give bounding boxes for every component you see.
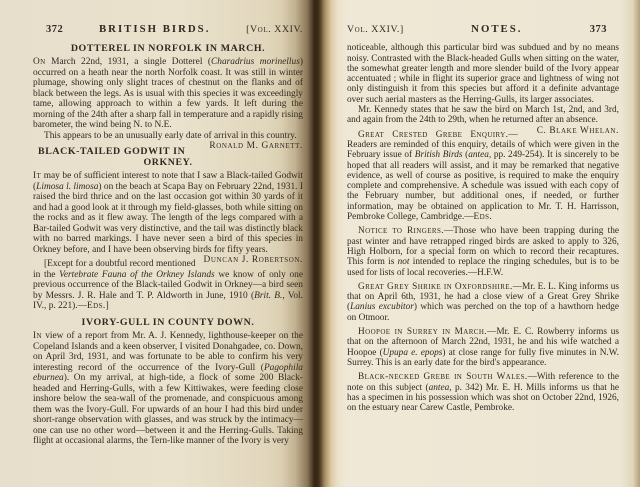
- text-segment: Upupa e. epops: [383, 348, 443, 358]
- article-heading: DOTTEREL IN NORFOLK IN MARCH.: [33, 44, 303, 55]
- text-segment: Lanius excubitor: [350, 302, 414, 312]
- paragraph: Great Grey Shrike in Oxfordshire.—Mr. E.…: [347, 282, 619, 323]
- text-segment: Vertebrate Fauna of the Orkney Islands: [59, 270, 215, 280]
- text-segment: antea: [468, 150, 489, 160]
- right-running-header: Vol. XXIV.] NOTES. 373: [347, 24, 619, 35]
- text-segment: Eds.: [87, 301, 106, 311]
- text-segment: This appears to be an unusually early da…: [44, 131, 297, 141]
- author-signature: C. Blake Whelan.: [518, 126, 619, 136]
- text-segment: ). On my arrival, at high-tide, a flock …: [33, 373, 303, 446]
- paragraph: Great Crested Grebe Enquiry.—Readers are…: [347, 130, 619, 223]
- book-spread: 372 BRITISH BIRDS. [Vol. XXIV. DOTTEREL …: [0, 0, 640, 487]
- right-page-notes: noticeable, although this particular bir…: [347, 43, 619, 413]
- text-segment: antea: [429, 383, 450, 393]
- paragraph: It may be of sufficient interest to note…: [33, 171, 303, 255]
- paragraph: Mr. Kennedy states that he saw the bird …: [347, 105, 619, 126]
- text-segment: On: [33, 57, 46, 67]
- text-segment: ]: [106, 301, 109, 311]
- paragraph: On March 22nd, 1931, a single Dotterel (…: [33, 57, 303, 131]
- text-segment: ) occurred on a heath near the north Nor…: [33, 57, 303, 130]
- text-segment: Great Crested Grebe Enquiry.: [358, 130, 508, 140]
- text-segment: British Birds: [415, 150, 463, 160]
- right-page-number: 373: [590, 25, 607, 35]
- paragraph: Black-necked Grebe in South Wales.—With …: [347, 372, 619, 413]
- text-segment: Mr. Kennedy states that he saw the bird …: [347, 105, 619, 125]
- text-segment: Brit. B.: [254, 291, 282, 301]
- text-segment: March 22nd, 1931, a single Dotterel (: [46, 57, 211, 67]
- text-segment: Great Grey Shrike in Oxfordshire.: [358, 282, 513, 292]
- author-signature: Duncan J. Robertson.: [196, 255, 303, 266]
- paragraph: noticeable, although this particular bir…: [347, 43, 619, 105]
- text-segment: not: [398, 257, 410, 267]
- text-segment: view of a report from Mr. A. J. Kennedy,…: [33, 331, 303, 373]
- text-segment: Notice to Ringers.: [358, 226, 444, 236]
- left-volume-mark: [Vol. XXIV.: [246, 25, 303, 36]
- left-page-articles: DOTTEREL IN NORFOLK IN MARCH.On March 22…: [33, 44, 303, 447]
- paragraph: This appears to be an unusually early da…: [33, 131, 303, 142]
- right-page-column: Vol. XXIV.] NOTES. 373 noticeable, altho…: [347, 24, 619, 413]
- author-signature: Ronald M. Garnett.: [190, 141, 303, 152]
- paragraph: In view of a report from Mr. A. J. Kenne…: [33, 331, 303, 447]
- right-running-title: NOTES.: [471, 24, 522, 34]
- text-segment: In: [33, 331, 42, 341]
- paragraph: [Except for a doubtful record mentioned …: [33, 259, 303, 312]
- left-page-number: 372: [46, 25, 63, 36]
- text-segment: Charadrius morinellus: [211, 57, 300, 67]
- left-running-title: BRITISH BIRDS.: [99, 24, 210, 35]
- right-volume-mark: Vol. XXIV.]: [347, 25, 404, 35]
- text-segment: noticeable, although this particular bir…: [347, 43, 619, 104]
- left-page-column: 372 BRITISH BIRDS. [Vol. XXIV. DOTTEREL …: [33, 24, 303, 447]
- text-segment: It: [33, 171, 41, 181]
- text-segment: Hoopoe in Surrey in March.: [358, 327, 487, 337]
- text-segment: Limosa l. limosa: [36, 182, 98, 192]
- paragraph: Notice to Ringers.—Those who have been t…: [347, 226, 619, 277]
- article-heading: IVORY-GULL IN COUNTY DOWN.: [33, 318, 303, 329]
- text-segment: ) on the beach at Scapa Bay on February …: [33, 182, 303, 255]
- paragraph: Hoopoe in Surrey in March.—Mr. E. C. Row…: [347, 327, 619, 368]
- text-segment: Eds.: [474, 212, 493, 222]
- left-running-header: 372 BRITISH BIRDS. [Vol. XXIV.: [33, 24, 303, 36]
- text-segment: Black-necked Grebe in South Wales.: [358, 372, 528, 382]
